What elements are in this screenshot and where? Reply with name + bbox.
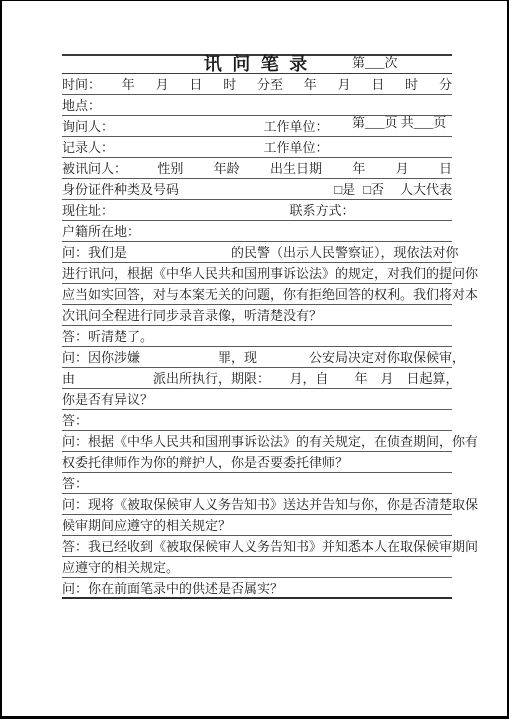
- answer-4-line-1: 答：我已经收到《被取保候审人义务告知书》并知悉本人在取保候审期间: [62, 536, 452, 557]
- checkbox-yes: □是: [334, 179, 355, 199]
- address-row: 现住址： 联系方式：: [62, 200, 452, 221]
- form-body: 讯 问 笔 录 时间： 年 月 日 时 分至 年 月 日 时 分 地点： 询问人…: [62, 54, 452, 599]
- age-label: 年龄: [214, 158, 240, 178]
- day-label: 日: [371, 74, 384, 94]
- hour-label: 时: [405, 74, 418, 94]
- day-label: 日: [189, 74, 202, 94]
- location-row: 地点：: [62, 95, 452, 116]
- question-1-line-3: 应当如实回答，对与本案无关的问题，你有拒绝回答的权利。我们将对本: [62, 284, 452, 305]
- deputy-checkbox-group: □是 □否 人大代表: [334, 179, 452, 199]
- answer-4-line-2: 应遵守的相关规定。: [62, 557, 452, 578]
- answer-3-row: 答：: [62, 473, 452, 494]
- interrogatee-row: 被讯问人： 性别 年龄 出生日期 年 月 日: [62, 158, 452, 179]
- year-label: 年: [304, 74, 317, 94]
- year-label: 年: [122, 74, 135, 94]
- interrogatee-label: 被讯问人：: [62, 158, 127, 178]
- question-2-line-2: 由 派出所执行，期限： 月，自 年 月 日起算，: [62, 368, 452, 389]
- time-row: 时间： 年 月 日 时 分至 年 月 日 时 分: [62, 74, 452, 95]
- minute-to-label: 分至: [257, 74, 283, 94]
- minute-label: 分: [439, 74, 452, 94]
- question-5-row: 问：你在前面笔录中的供述是否属实？: [62, 578, 452, 599]
- question-4-line-1: 问：现将《被取保候审人义务告知书》送达并告知与你，你是否清楚取保: [62, 494, 452, 515]
- birthdate-label: 出生日期: [270, 158, 322, 178]
- question-1-line-1: 问：我们是 的民警（出示人民警察证），现依法对你: [62, 242, 452, 263]
- month-label: 月: [338, 74, 351, 94]
- question-3-line-2: 权委托律师作为你的辩护人，你是否要委托律师？: [62, 452, 452, 473]
- question-1-line-4: 次讯问全程进行同步录音录像，听清楚没有？: [62, 305, 452, 326]
- year-label: 年: [352, 158, 365, 178]
- day-label: 日: [439, 158, 452, 178]
- household-registration-row: 户籍所在地：: [62, 221, 452, 242]
- deputy-label: 人大代表: [400, 179, 452, 199]
- month-label: 月: [156, 74, 169, 94]
- question-4-line-2: 候审期间应遵守的相关规定？: [62, 515, 452, 536]
- hour-label: 时: [223, 74, 236, 94]
- question-1-line-2: 进行讯问，根据《中华人民共和国刑事诉讼法》的规定，对我们的提问你: [62, 263, 452, 284]
- month-label: 月: [396, 158, 409, 178]
- answer-1-row: 答：听清楚了。: [62, 326, 452, 347]
- document-title: 讯 问 笔 录: [62, 56, 452, 74]
- document-page: 第___次 第___页 共___页 讯 问 笔 录 时间： 年 月 日 时 分至…: [0, 0, 509, 719]
- question-2-line-1: 问：因你涉嫌 罪，现 公安局决定对你取保候审，: [62, 347, 452, 368]
- time-label: 时间：: [62, 74, 101, 94]
- answer-2-row: 答：: [62, 410, 452, 431]
- interrogator-row: 询问人： 工作单位：: [62, 116, 452, 137]
- question-2-line-3: 你是否有异议？: [62, 389, 452, 410]
- checkbox-no: □否: [363, 179, 384, 199]
- id-number-label: 身份证件种类及号码: [62, 179, 179, 199]
- recorder-row: 记录人： 工作单位：: [62, 137, 452, 158]
- id-number-row: 身份证件种类及号码 □是 □否 人大代表: [62, 179, 452, 200]
- question-3-line-1: 问：根据《中华人民共和国刑事诉讼法》的有关规定，在侦查期间，你有: [62, 431, 452, 452]
- gender-label: 性别: [157, 158, 183, 178]
